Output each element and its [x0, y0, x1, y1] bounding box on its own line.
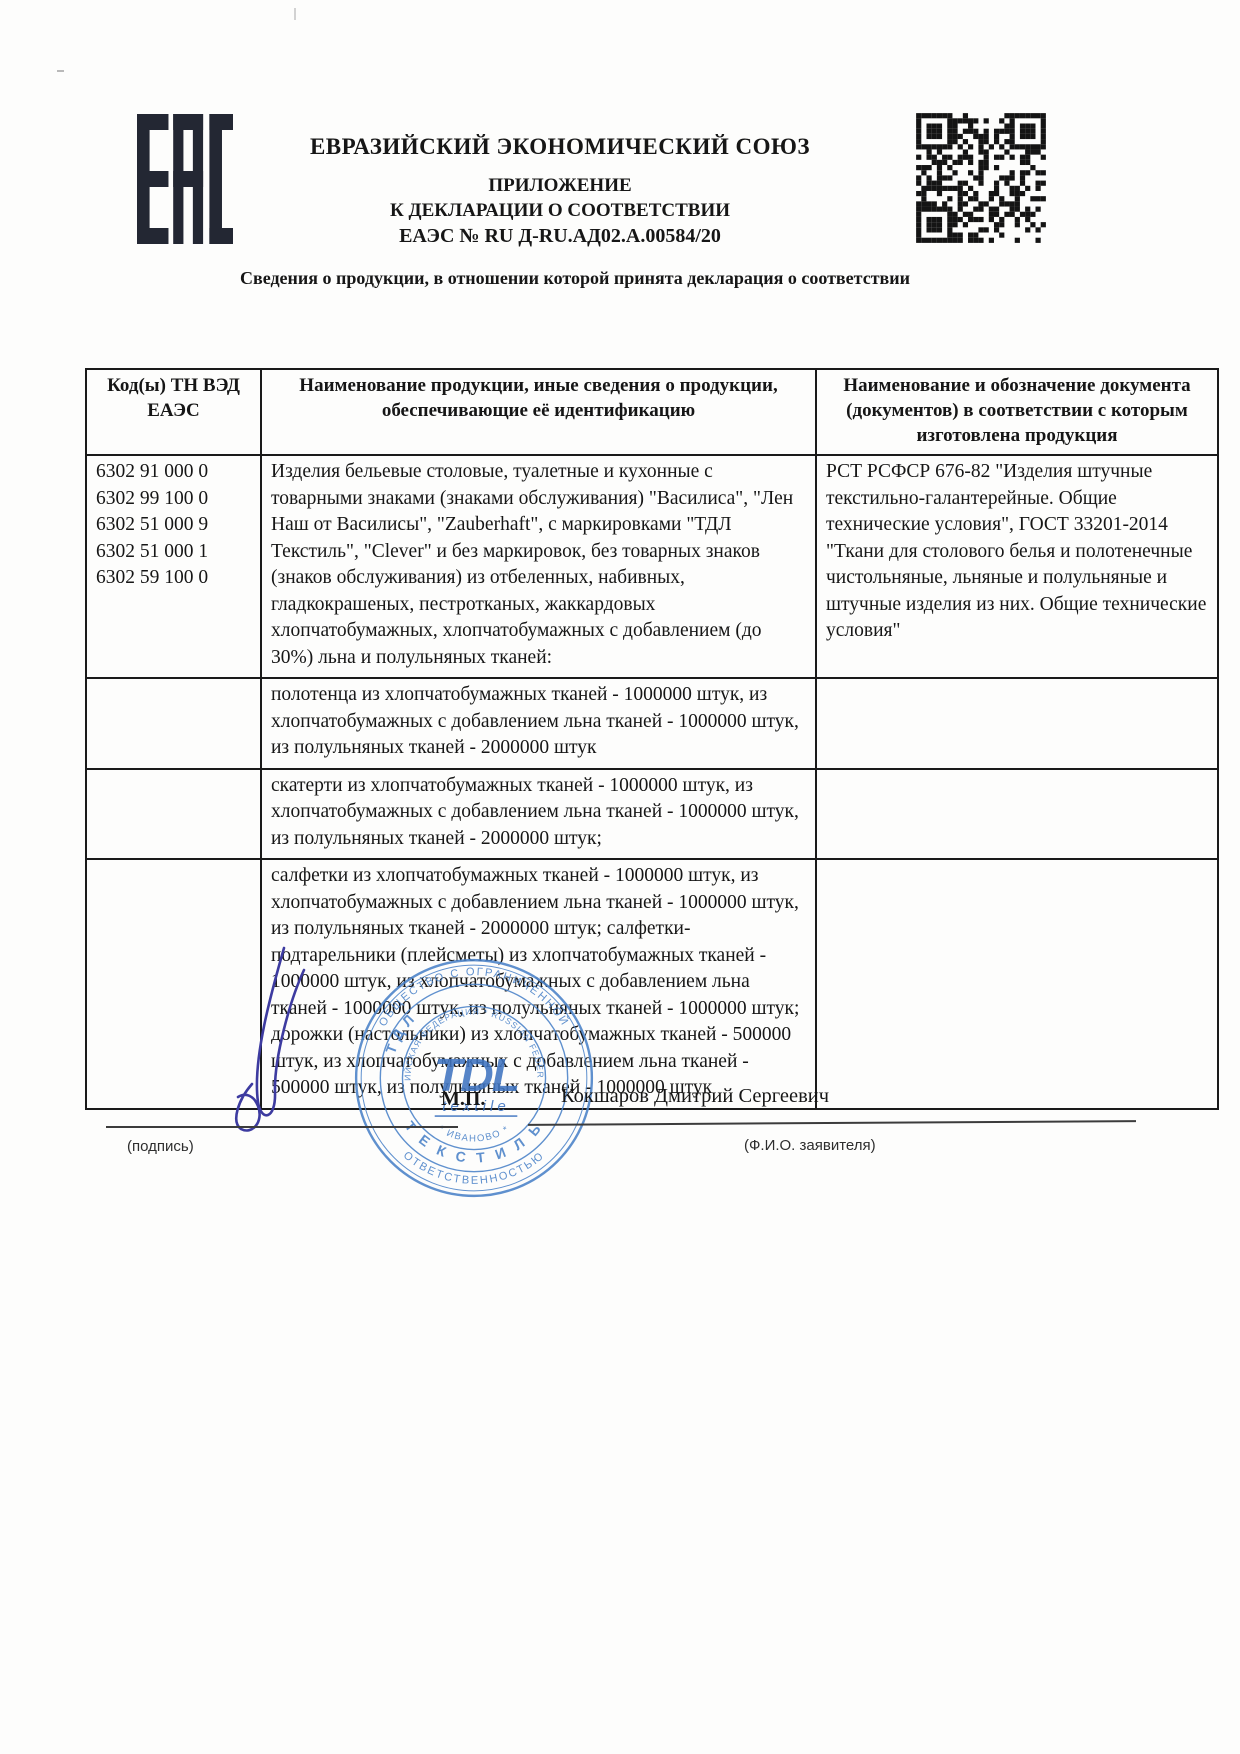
table-row: 6302 91 000 0 6302 99 100 0 6302 51 000 …	[86, 455, 1218, 678]
codes-cell: 6302 91 000 0 6302 99 100 0 6302 51 000 …	[86, 455, 261, 678]
header-codes: Код(ы) ТН ВЭД ЕАЭС	[86, 369, 261, 455]
header-product: Наименование продукции, иные сведения о …	[261, 369, 816, 455]
declaration-number: ЕАЭС № RU Д-RU.АД02.А.00584/20	[250, 223, 870, 250]
document-cell	[816, 859, 1218, 1109]
document-cell	[816, 678, 1218, 769]
codes-cell	[86, 769, 261, 860]
document-cell	[816, 769, 1218, 860]
document-cell: РСТ РСФСР 676-82 "Изделия штучные тексти…	[816, 455, 1218, 678]
declaration-appendix-page: ЕВРАЗИЙСКИЙ ЭКОНОМИЧЕСКИЙ СОЮЗ ПРИЛОЖЕНИ…	[0, 0, 1240, 1754]
codes-cell	[86, 678, 261, 769]
appendix-title: ПРИЛОЖЕНИЕ	[250, 173, 870, 198]
table-row: скатерти из хлопчатобумажных тканей - 10…	[86, 769, 1218, 860]
qr-code-icon	[913, 110, 1049, 246]
product-cell: полотенца из хлопчатобумажных тканей - 1…	[261, 678, 816, 769]
applicant-name: Кокшаров Дмитрий Сергеевич	[561, 1085, 829, 1108]
scan-artifact	[57, 70, 64, 72]
company-stamp: ОБЩЕСТВО С ОГРАНИЧЕННОЙ ОТВЕТСТВЕННОСТЬЮ…	[338, 942, 610, 1214]
applicant-line	[528, 1120, 1136, 1126]
applicant-caption: (Ф.И.О. заявителя)	[744, 1137, 876, 1154]
scan-artifact	[294, 8, 296, 20]
product-cell: Изделия бельевые столовые, туалетные и к…	[261, 455, 816, 678]
signature-scribble	[218, 942, 348, 1137]
header: ЕВРАЗИЙСКИЙ ЭКОНОМИЧЕСКИЙ СОЮЗ ПРИЛОЖЕНИ…	[250, 132, 870, 250]
signature-caption: (подпись)	[127, 1138, 194, 1155]
table-header-row: Код(ы) ТН ВЭД ЕАЭС Наименование продукци…	[86, 369, 1218, 455]
product-cell: скатерти из хлопчатобумажных тканей - 10…	[261, 769, 816, 860]
products-subtitle: Сведения о продукции, в отношении которо…	[0, 268, 1150, 289]
signature-line	[106, 1126, 458, 1128]
table-row: полотенца из хлопчатобумажных тканей - 1…	[86, 678, 1218, 769]
eac-mark-icon	[137, 114, 233, 244]
declaration-title: К ДЕКЛАРАЦИИ О СООТВЕТСТВИИ	[250, 198, 870, 223]
mp-label: М.П.	[441, 1088, 485, 1111]
union-title: ЕВРАЗИЙСКИЙ ЭКОНОМИЧЕСКИЙ СОЮЗ	[250, 132, 870, 162]
header-document: Наименование и обозначение документа (до…	[816, 369, 1218, 455]
